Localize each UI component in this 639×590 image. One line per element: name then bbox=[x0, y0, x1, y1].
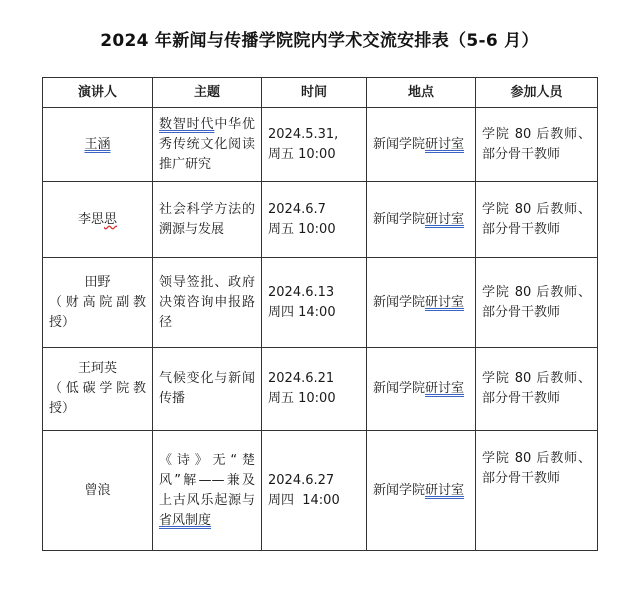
location-text: 新闻学院 bbox=[373, 295, 425, 310]
topic-text-underlined: 数智时代 bbox=[159, 117, 214, 132]
attendees-cell: 学院 80 后教师、部分骨干教师 bbox=[476, 258, 598, 348]
topic-cell: 气候变化与新闻传播 bbox=[153, 348, 262, 431]
speaker-name: 王涵 bbox=[84, 137, 110, 152]
location-text-underlined: 研讨室 bbox=[425, 381, 464, 396]
attendees-cell: 学院 80 后教师、部分骨干教师 bbox=[476, 108, 598, 182]
attendees-cell: 学院 80 后教师、部分骨干教师 bbox=[476, 182, 598, 258]
speaker-cell: 李思思 bbox=[43, 182, 153, 258]
time-cell: 2024.6.21 周五 10:00 bbox=[262, 348, 367, 431]
schedule-table: 演讲人 主题 时间 地点 参加人员 王涵 数智时代中华优秀传统文化阅读推广研究 … bbox=[42, 77, 598, 551]
location-text-underlined: 研讨室 bbox=[425, 137, 464, 152]
speaker-cell: 王珂英 （低碳学院教授） bbox=[43, 348, 153, 431]
table-header-row: 演讲人 主题 时间 地点 参加人员 bbox=[43, 78, 598, 108]
location-cell: 新闻学院研讨室 bbox=[367, 348, 476, 431]
location-text-underlined: 研讨室 bbox=[425, 212, 464, 227]
location-text-underlined: 研讨室 bbox=[425, 295, 464, 310]
topic-cell: 社会科学方法的溯源与发展 bbox=[153, 182, 262, 258]
table-row: 曾浪 《诗》无“楚风”解——兼及上古风乐起源与省风制度 2024.6.27 周四… bbox=[43, 431, 598, 551]
time-date: 2024.6.21 bbox=[268, 369, 360, 389]
speaker-affiliation: （财高院副教授） bbox=[49, 293, 146, 333]
speaker-affiliation: （低碳学院教授） bbox=[49, 379, 146, 419]
location-text-underlined: 研讨室 bbox=[425, 483, 464, 498]
header-speaker: 演讲人 bbox=[43, 78, 153, 108]
time-date: 2024.6.27 bbox=[268, 471, 360, 491]
speaker-cell: 田野 （财高院副教授） bbox=[43, 258, 153, 348]
table-row: 王涵 数智时代中华优秀传统文化阅读推广研究 2024.5.31, 周五 10:0… bbox=[43, 108, 598, 182]
table-row: 李思思 社会科学方法的溯源与发展 2024.6.7 周五 10:00 新闻学院研… bbox=[43, 182, 598, 258]
header-topic: 主题 bbox=[153, 78, 262, 108]
location-cell: 新闻学院研讨室 bbox=[367, 108, 476, 182]
time-date: 2024.6.7 bbox=[268, 200, 360, 220]
location-cell: 新闻学院研讨室 bbox=[367, 182, 476, 258]
topic-text-underlined: 省风制度 bbox=[159, 513, 211, 528]
header-time: 时间 bbox=[262, 78, 367, 108]
speaker-cell: 王涵 bbox=[43, 108, 153, 182]
attendees-cell: 学院 80 后教师、部分骨干教师 bbox=[476, 348, 598, 431]
time-date: 2024.6.13 bbox=[268, 283, 360, 303]
location-text: 新闻学院 bbox=[373, 483, 425, 498]
time-date: 2024.5.31, bbox=[268, 125, 360, 145]
speaker-name: 李思 bbox=[78, 212, 104, 227]
time-slot: 周五 10:00 bbox=[268, 389, 360, 409]
speaker-name: 王珂英 bbox=[49, 359, 146, 379]
time-cell: 2024.6.13 周四 14:00 bbox=[262, 258, 367, 348]
location-text: 新闻学院 bbox=[373, 212, 425, 227]
location-text: 新闻学院 bbox=[373, 381, 425, 396]
header-location: 地点 bbox=[367, 78, 476, 108]
time-slot: 周四 14:00 bbox=[268, 491, 360, 511]
time-cell: 2024.5.31, 周五 10:00 bbox=[262, 108, 367, 182]
topic-cell: 《诗》无“楚风”解——兼及上古风乐起源与省风制度 bbox=[153, 431, 262, 551]
document-title: 2024 年新闻与传播学院院内学术交流安排表（5-6 月） bbox=[0, 26, 639, 51]
time-cell: 2024.6.7 周五 10:00 bbox=[262, 182, 367, 258]
attendees-cell: 学院 80 后教师、部分骨干教师 bbox=[476, 431, 598, 551]
location-text: 新闻学院 bbox=[373, 137, 425, 152]
speaker-cell: 曾浪 bbox=[43, 431, 153, 551]
speaker-name: 田野 bbox=[49, 273, 146, 293]
location-cell: 新闻学院研讨室 bbox=[367, 431, 476, 551]
header-attendees: 参加人员 bbox=[476, 78, 598, 108]
time-slot: 周四 14:00 bbox=[268, 303, 360, 323]
topic-cell: 领导签批、政府决策咨询申报路径 bbox=[153, 258, 262, 348]
topic-text: 《诗》无“楚风”解——兼及上古风乐起源与 bbox=[159, 453, 255, 508]
time-cell: 2024.6.27 周四 14:00 bbox=[262, 431, 367, 551]
time-slot: 周五 10:00 bbox=[268, 145, 360, 165]
speaker-name-flagged: 思 bbox=[104, 212, 117, 227]
time-slot: 周五 10:00 bbox=[268, 220, 360, 240]
topic-cell: 数智时代中华优秀传统文化阅读推广研究 bbox=[153, 108, 262, 182]
table-row: 王珂英 （低碳学院教授） 气候变化与新闻传播 2024.6.21 周五 10:0… bbox=[43, 348, 598, 431]
location-cell: 新闻学院研讨室 bbox=[367, 258, 476, 348]
table-row: 田野 （财高院副教授） 领导签批、政府决策咨询申报路径 2024.6.13 周四… bbox=[43, 258, 598, 348]
